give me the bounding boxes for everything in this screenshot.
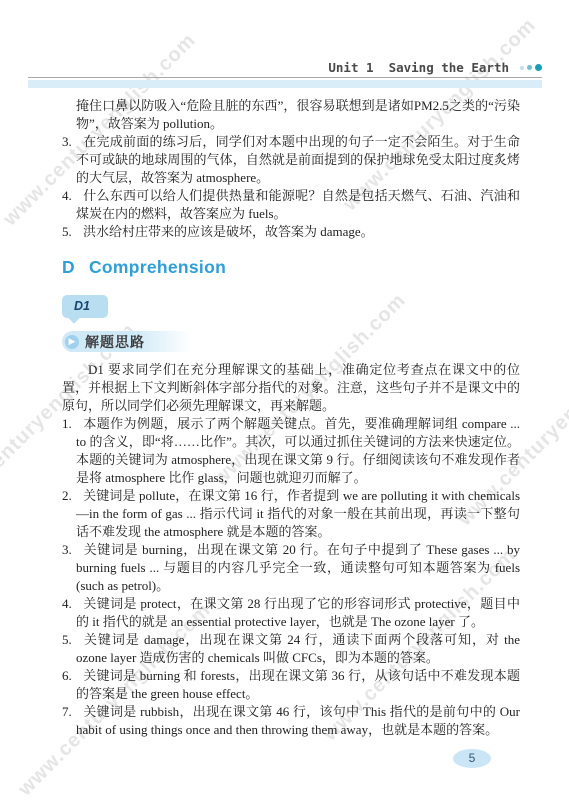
list-item: 6.关键词是 burning 和 forests，出现在课文第 36 行，从该句… (62, 667, 520, 703)
list-item-number: 5. (62, 631, 83, 649)
tab-pointer-icon (68, 312, 79, 323)
page-number-badge: 5 (453, 749, 491, 768)
main-content: 掩住口鼻以防吸入“危险且脏的东西”，很容易联想到是诸如PM2.5之类的“污染物”… (62, 97, 520, 739)
header-divider (28, 77, 542, 78)
subsection-banner: ▶ 解题思路 (62, 331, 191, 352)
list-item: 1.本题作为例题，展示了两个解题关键点。首先，要准确理解词组 compare .… (62, 415, 520, 487)
list-item-number: 2. (62, 487, 83, 505)
dot-icon (520, 66, 524, 70)
list-item-number: 3. (62, 133, 83, 151)
list-item: 掩住口鼻以防吸入“危险且脏的东西”，很容易联想到是诸如PM2.5之类的“污染物”… (62, 97, 520, 133)
section-letter: D (62, 257, 75, 277)
dot-icon (535, 64, 542, 71)
page-header: Unit 1 Saving the Earth (28, 58, 542, 76)
d1-intro-paragraph: D1 要求同学们在充分理解课文的基础上，准确定位考查点在课文中的位置，并根据上下… (62, 361, 520, 415)
header-dots-icon (517, 58, 542, 76)
header-band (28, 80, 542, 88)
list-item-text: 关键词是 pollute，在课文第 16 行，作者提到 we are pollu… (76, 488, 520, 539)
list-item-number: 3. (62, 541, 83, 559)
list-item-number: 6. (62, 667, 83, 685)
list-item-text: 在完成前面的练习后，同学们对本题中出现的句子一定不会陌生。对于生命不可或缺的地球… (76, 134, 520, 185)
list-item-text: 关键词是 protect，在课文第 28 行出现了它的形容词形式 protect… (76, 596, 520, 629)
list-item-text: 洪水给村庄带来的应该是破坏，故答案为 damage。 (83, 224, 374, 239)
page: www.centuryenglish.comwww.centuryenglish… (0, 0, 569, 800)
page-number: 5 (469, 751, 476, 765)
list-item: 4.什么东西可以给人们提供热量和能源呢？自然是包括天燃气、石油、汽油和煤炭在内的… (62, 187, 520, 223)
list-item-text: 什么东西可以给人们提供热量和能源呢？自然是包括天燃气、石油、汽油和煤炭在内的燃料… (76, 188, 520, 221)
list-item-number: 7. (62, 703, 83, 721)
list-item-text: 关键词是 damage，出现在课文第 24 行，通读下面两个段落可知，对 the… (76, 632, 520, 665)
arrow-right-icon: ▶ (65, 335, 79, 349)
list-item-number: 1. (62, 415, 83, 433)
list-item-number: 4. (62, 595, 83, 613)
unit-title: Unit 1 Saving the Earth (328, 60, 509, 75)
dot-icon (527, 65, 532, 70)
list-item: 2.关键词是 pollute，在课文第 16 行，作者提到 we are pol… (62, 487, 520, 541)
list-item-text: 本题作为例题，展示了两个解题关键点。首先，要准确理解词组 compare ...… (76, 416, 520, 485)
list-item-number: 5. (62, 223, 83, 241)
section-heading: DComprehension (62, 257, 520, 277)
list-item-text: 关键词是 rubbish，出现在课文第 46 行，该句中 This 指代的是前句… (76, 704, 520, 737)
exercise-tab-d1: D1 (62, 295, 108, 318)
list-item: 5.洪水给村庄带来的应该是破坏，故答案为 damage。 (62, 223, 520, 241)
list-item-text: 关键词是 burning 和 forests，出现在课文第 36 行，从该句话中… (76, 668, 520, 701)
subsection-title: 解题思路 (85, 333, 145, 351)
section-title: Comprehension (89, 257, 226, 277)
list-item: 7.关键词是 rubbish，出现在课文第 46 行，该句中 This 指代的是… (62, 703, 520, 739)
list-item-text: 掩住口鼻以防吸入“危险且脏的东西”，很容易联想到是诸如PM2.5之类的“污染物”… (76, 98, 520, 131)
answer-list-top: 掩住口鼻以防吸入“危险且脏的东西”，很容易联想到是诸如PM2.5之类的“污染物”… (62, 97, 520, 241)
list-item: 3.在完成前面的练习后，同学们对本题中出现的句子一定不会陌生。对于生命不可或缺的… (62, 133, 520, 187)
answer-list-d1: 1.本题作为例题，展示了两个解题关键点。首先，要准确理解词组 compare .… (62, 415, 520, 739)
list-item-number: 4. (62, 187, 83, 205)
list-item: 3.关键词是 burning，出现在课文第 20 行。在句子中提到了 These… (62, 541, 520, 595)
list-item-text: 关键词是 burning，出现在课文第 20 行。在句子中提到了 These g… (76, 542, 520, 593)
list-item: 4.关键词是 protect，在课文第 28 行出现了它的形容词形式 prote… (62, 595, 520, 631)
exercise-tab-label: D1 (74, 299, 90, 313)
list-item: 5.关键词是 damage，出现在课文第 24 行，通读下面两个段落可知，对 t… (62, 631, 520, 667)
